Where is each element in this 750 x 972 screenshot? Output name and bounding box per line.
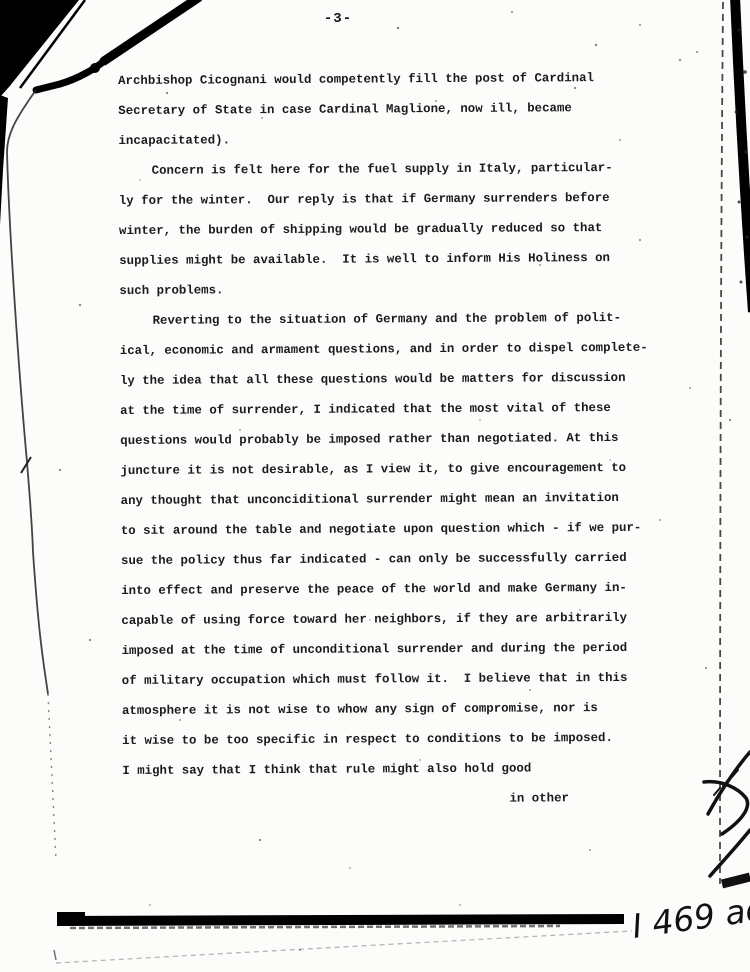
text-line: any thought that unconciditional surrend… — [121, 483, 681, 516]
text-line: imposed at the time of unconditional sur… — [121, 633, 681, 666]
text-line: such problems. — [119, 273, 679, 306]
document-body: Archbishop Cicognani would competently f… — [118, 63, 683, 816]
text-line: at the time of surrender, I indicated th… — [120, 393, 680, 426]
text-line: capable of using force toward her neighb… — [121, 603, 681, 636]
text-line: ical, economic and armament questions, a… — [120, 333, 680, 366]
text-line: of military occupation which must follow… — [122, 663, 682, 696]
text-line: winter, the burden of shipping would be … — [119, 213, 679, 246]
text-line: supplies might be available. It is well … — [119, 243, 679, 276]
handwritten-annotation: I 469 ad — [630, 888, 750, 946]
text-line: to sit around the table and negotiate up… — [121, 513, 681, 546]
left-edge-crease — [7, 90, 56, 960]
right-edge-scan-band — [735, 0, 750, 312]
signature-scribble — [704, 752, 750, 884]
text-line: sue the policy thus far indicated - can … — [121, 543, 681, 576]
text-line: in other — [122, 783, 682, 816]
scanned-document-page: -3- Archbishop Cicognani would competent… — [0, 0, 750, 972]
text-line: incapacitated). — [118, 123, 678, 156]
text-line: atmosphere it is not wise to whow any si… — [122, 693, 682, 726]
right-fold-line — [720, 2, 723, 884]
text-line: Concern is felt here for the fuel supply… — [119, 153, 679, 186]
text-line: into effect and preserve the peace of th… — [121, 573, 681, 606]
text-line: Secretary of State in case Cardinal Magl… — [118, 93, 678, 126]
text-line: questions would probably be imposed rath… — [120, 423, 680, 456]
text-line: ly the idea that all these questions wou… — [120, 363, 680, 396]
text-line: I might say that I think that rule might… — [122, 753, 682, 786]
text-line: Reverting to the situation of Germany an… — [119, 303, 679, 336]
text-line: Archbishop Cicognani would competently f… — [118, 63, 678, 96]
handwritten-annotation-group: I 469 ad — [630, 888, 750, 946]
text-line: ly for the winter. Our reply is that if … — [119, 183, 679, 216]
corner-fold-artifact — [0, 0, 85, 225]
text-line: it wise to be too specific in respect to… — [122, 723, 682, 756]
page-number: -3- — [318, 11, 358, 27]
bottom-scan-bar — [56, 912, 632, 963]
text-line: juncture it is not desirable, as I view … — [120, 453, 680, 486]
